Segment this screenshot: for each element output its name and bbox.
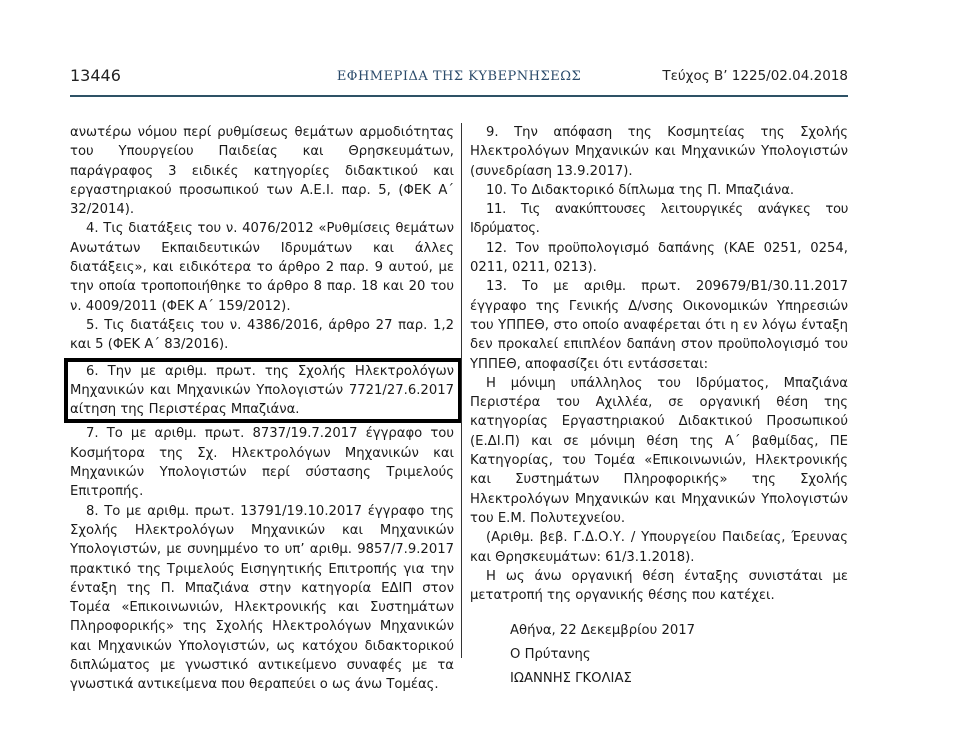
paragraph-certificate: (Αριθμ. βεβ. Γ.Δ.Ο.Υ. / Υπουργείου Παιδε… (470, 528, 848, 567)
signature-name: ΙΩΑΝΝΗΣ ΓΚΟΛΙΑΣ (470, 667, 848, 691)
paragraph-conversion: Η ως άνω οργανική θέση ένταξης συνιστάτα… (470, 567, 848, 606)
column-divider (461, 123, 462, 658)
paragraph-item-9: 9. Την απόφαση της Κοσμητείας της Σχολής… (470, 123, 848, 181)
header-rule (70, 95, 848, 97)
paragraph-item-6: 6. Την με αριθμ. πρωτ. της Σχολής Ηλεκτρ… (70, 362, 454, 420)
signature-place-date: Αθήνα, 22 Δεκεμβρίου 2017 (470, 619, 848, 643)
paragraph-item-11: 11. Τις ανακύπτουσες λειτουργικές ανάγκε… (470, 200, 848, 239)
paragraph-item-13: 13. Το με αριθμ. πρωτ. 209679/Β1/30.11.2… (470, 277, 848, 373)
left-column: ανωτέρω νόμου περί ρυθμίσεως θεμάτων αρμ… (70, 123, 454, 695)
paragraph-item-10: 10. Το Διδακτορικό δίπλωμα της Π. Μπαζιά… (470, 181, 848, 200)
paragraph-item-7: 7. Το με αριθμ. πρωτ. 8737/19.7.2017 έγγ… (70, 424, 454, 501)
highlight-box: 6. Την με αριθμ. πρωτ. της Σχολής Ηλεκτρ… (64, 358, 462, 424)
signature-title: Ο Πρύτανης (470, 643, 848, 667)
paragraph-item-5: 5. Τις διατάξεις του ν. 4386/2016, άρθρο… (70, 316, 454, 355)
paragraph-item-8: 8. Το με αριθμ. πρωτ. 13791/19.10.2017 έ… (70, 502, 454, 695)
page-header: 13446 ΕΦΗΜΕΡΙΔΑ ΤΗΣ ΚΥΒΕΡΝΗΣΕΩΣ Τεύχος Β… (70, 66, 848, 92)
issue-number: Τεύχος Β’ 1225/02.04.2018 (662, 68, 848, 84)
paragraph-item-12: 12. Τον προϋπολογισμό δαπάνης (ΚΑΕ 0251,… (470, 239, 848, 278)
paragraph-decision: Η μόνιμη υπάλληλος του Ιδρύματος, Μπαζιά… (470, 374, 848, 528)
right-column: 9. Την απόφαση της Κοσμητείας της Σχολής… (470, 123, 848, 691)
paragraph-item-4: 4. Τις διατάξεις του ν. 4076/2012 «Ρυθμί… (70, 219, 454, 315)
paragraph-continuation: ανωτέρω νόμου περί ρυθμίσεως θεμάτων αρμ… (70, 123, 454, 219)
